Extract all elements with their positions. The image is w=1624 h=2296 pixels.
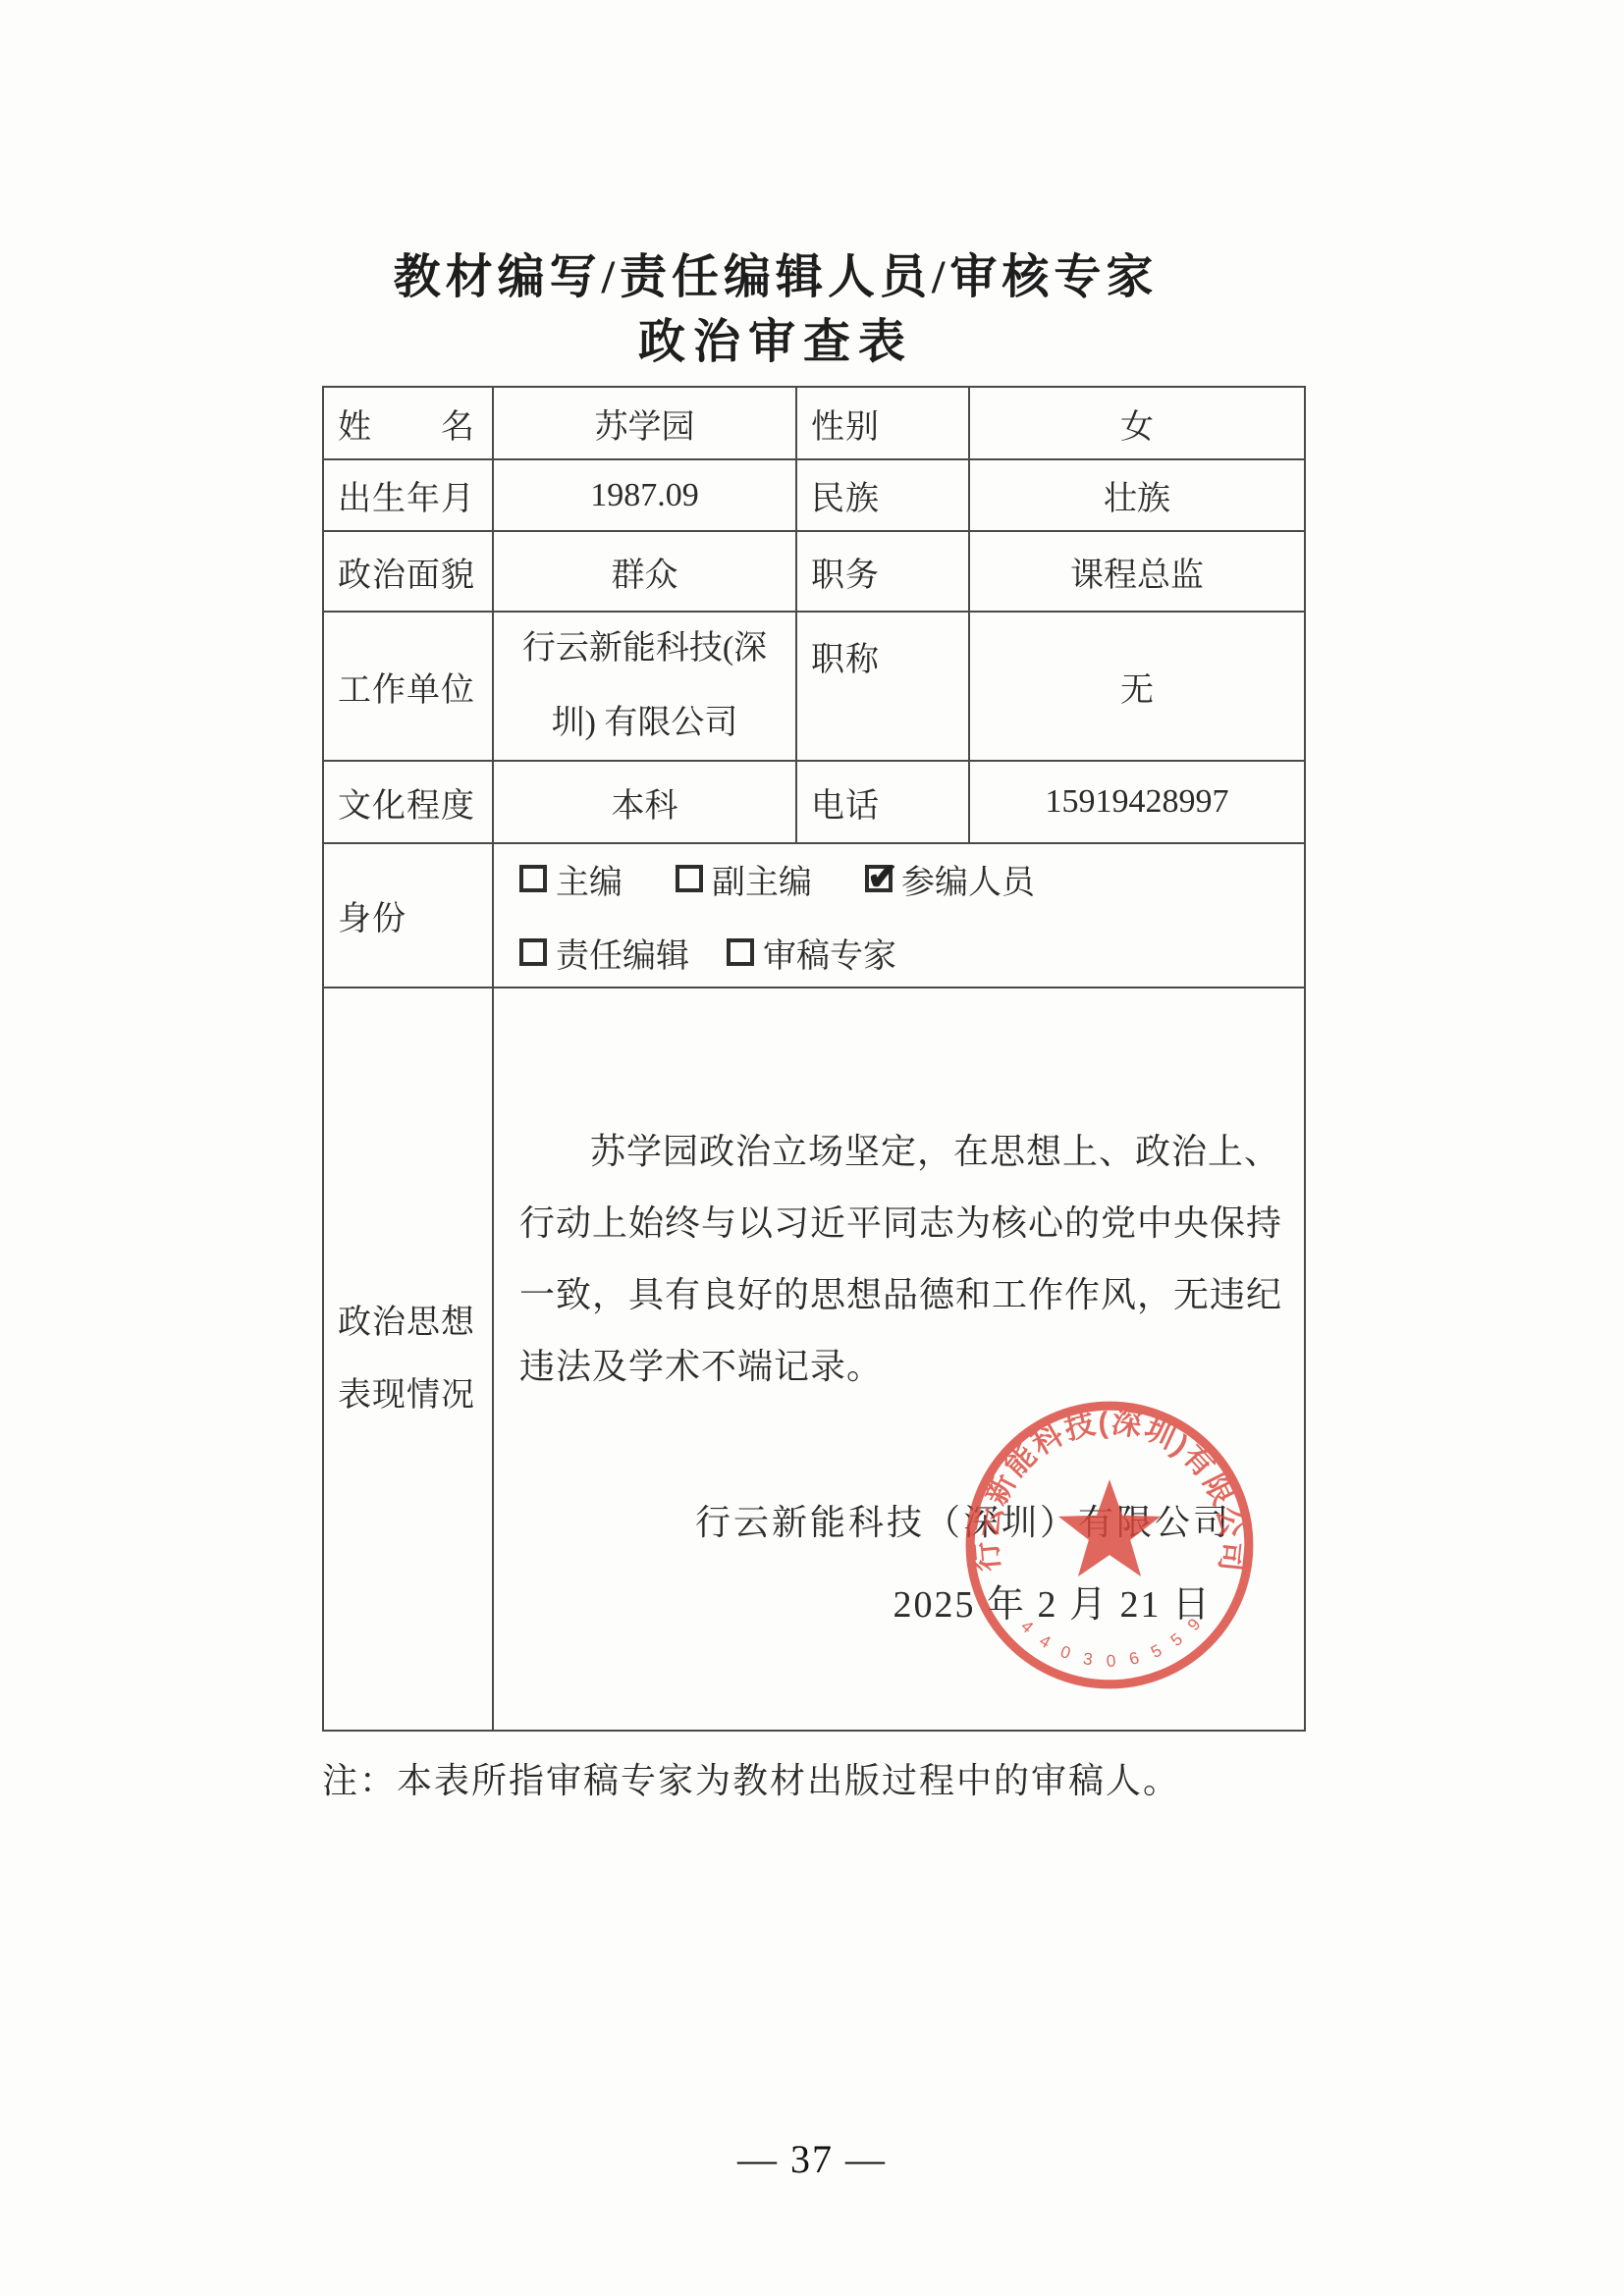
political-status-label: 政治面貌: [324, 532, 494, 613]
prof-title-value: 无: [970, 613, 1304, 762]
footnote: 注：本表所指审稿专家为教材出版过程中的审稿人。: [322, 1753, 1180, 1803]
identity-option-label: 副主编: [712, 855, 812, 903]
identity-option-label: 责任编辑: [556, 929, 689, 977]
identity-options-line-2: 责任编辑 审稿专家: [519, 929, 896, 977]
identity-option-contributor[interactable]: 参编人员: [865, 855, 1035, 903]
page-number: — 37 —: [0, 2136, 1624, 2182]
education-label: 文化程度: [324, 762, 494, 844]
name-label: 姓 名: [324, 388, 494, 460]
ethnicity-label: 民族: [797, 460, 970, 532]
identity-option-deputy-editor[interactable]: 副主编: [676, 855, 812, 903]
identity-option-label: 审稿专家: [763, 929, 896, 977]
paragraph-line: 苏学园政治立场坚定，在思想上、政治上、: [519, 1116, 1296, 1188]
identity-options: 主编 副主编 参编人员 责任编辑 审稿专家: [494, 844, 1304, 988]
identity-label: 身份: [324, 844, 494, 988]
document-title: 教材编写/责任编辑人员/审核专家 政治审查表: [245, 247, 1306, 373]
duty-label: 职务: [797, 532, 970, 613]
gender-value: 女: [970, 388, 1304, 460]
political-review-table: 姓 名 苏学园 性别 女 出生年月 1987.09 民族 壮族 政治面貌 群众 …: [322, 386, 1306, 1732]
checkbox-icon[interactable]: [519, 938, 547, 966]
title-line-2: 政治审查表: [245, 312, 1306, 373]
work-unit-line-2: 圳) 有限公司: [552, 686, 738, 761]
signature-date: 2025 年 2 月 21 日: [494, 1574, 1212, 1628]
paragraph-line: 一致，具有良好的思想品德和工作作风，无违纪: [519, 1259, 1296, 1331]
phone-value: 15919428997: [970, 762, 1304, 844]
name-value: 苏学园: [494, 388, 797, 460]
work-unit-label: 工作单位: [324, 613, 494, 762]
evaluation-label-line-2: 表现情况: [338, 1360, 475, 1432]
identity-options-line-1: 主编 副主编 参编人员: [519, 855, 1035, 903]
signature-company: 行云新能科技（深圳）有限公司: [494, 1495, 1231, 1545]
gender-label: 性别: [797, 388, 970, 460]
work-unit-line-1: 行云新能科技(深: [522, 612, 767, 686]
evaluation-content: 苏学园政治立场坚定，在思想上、政治上、 行动上始终与以习近平同志为核心的党中央保…: [494, 988, 1304, 1730]
identity-option-label: 参编人员: [901, 855, 1035, 903]
title-line-1: 教材编写/责任编辑人员/审核专家: [245, 247, 1306, 308]
political-status-value: 群众: [494, 532, 797, 613]
checkbox-checked-icon[interactable]: [865, 865, 893, 892]
evaluation-paragraph: 苏学园政治立场坚定，在思想上、政治上、 行动上始终与以习近平同志为核心的党中央保…: [494, 988, 1304, 1403]
duty-value: 课程总监: [970, 532, 1304, 613]
education-value: 本科: [494, 762, 797, 844]
prof-title-label: 职称: [797, 613, 970, 762]
document-page: 教材编写/责任编辑人员/审核专家 政治审查表 姓 名 苏学园 性别 女 出生年月…: [0, 0, 1624, 2296]
evaluation-label-line-1: 政治思想: [338, 1287, 475, 1360]
identity-option-chief-editor[interactable]: 主编: [519, 855, 623, 903]
work-unit-value: 行云新能科技(深 圳) 有限公司: [494, 613, 797, 762]
identity-option-review-expert[interactable]: 审稿专家: [727, 929, 896, 977]
evaluation-label: 政治思想 表现情况: [324, 988, 494, 1730]
phone-label: 电话: [797, 762, 970, 844]
birth-value: 1987.09: [494, 460, 797, 532]
identity-option-responsible-editor[interactable]: 责任编辑: [519, 929, 689, 977]
checkbox-icon[interactable]: [519, 865, 547, 892]
paragraph-line: 违法及学术不端记录。: [519, 1331, 1296, 1403]
checkbox-icon[interactable]: [727, 938, 754, 966]
identity-option-label: 主编: [556, 855, 623, 903]
paragraph-line: 行动上始终与以习近平同志为核心的党中央保持: [519, 1188, 1296, 1259]
checkbox-icon[interactable]: [676, 865, 703, 892]
ethnicity-value: 壮族: [970, 460, 1304, 532]
birth-label: 出生年月: [324, 460, 494, 532]
